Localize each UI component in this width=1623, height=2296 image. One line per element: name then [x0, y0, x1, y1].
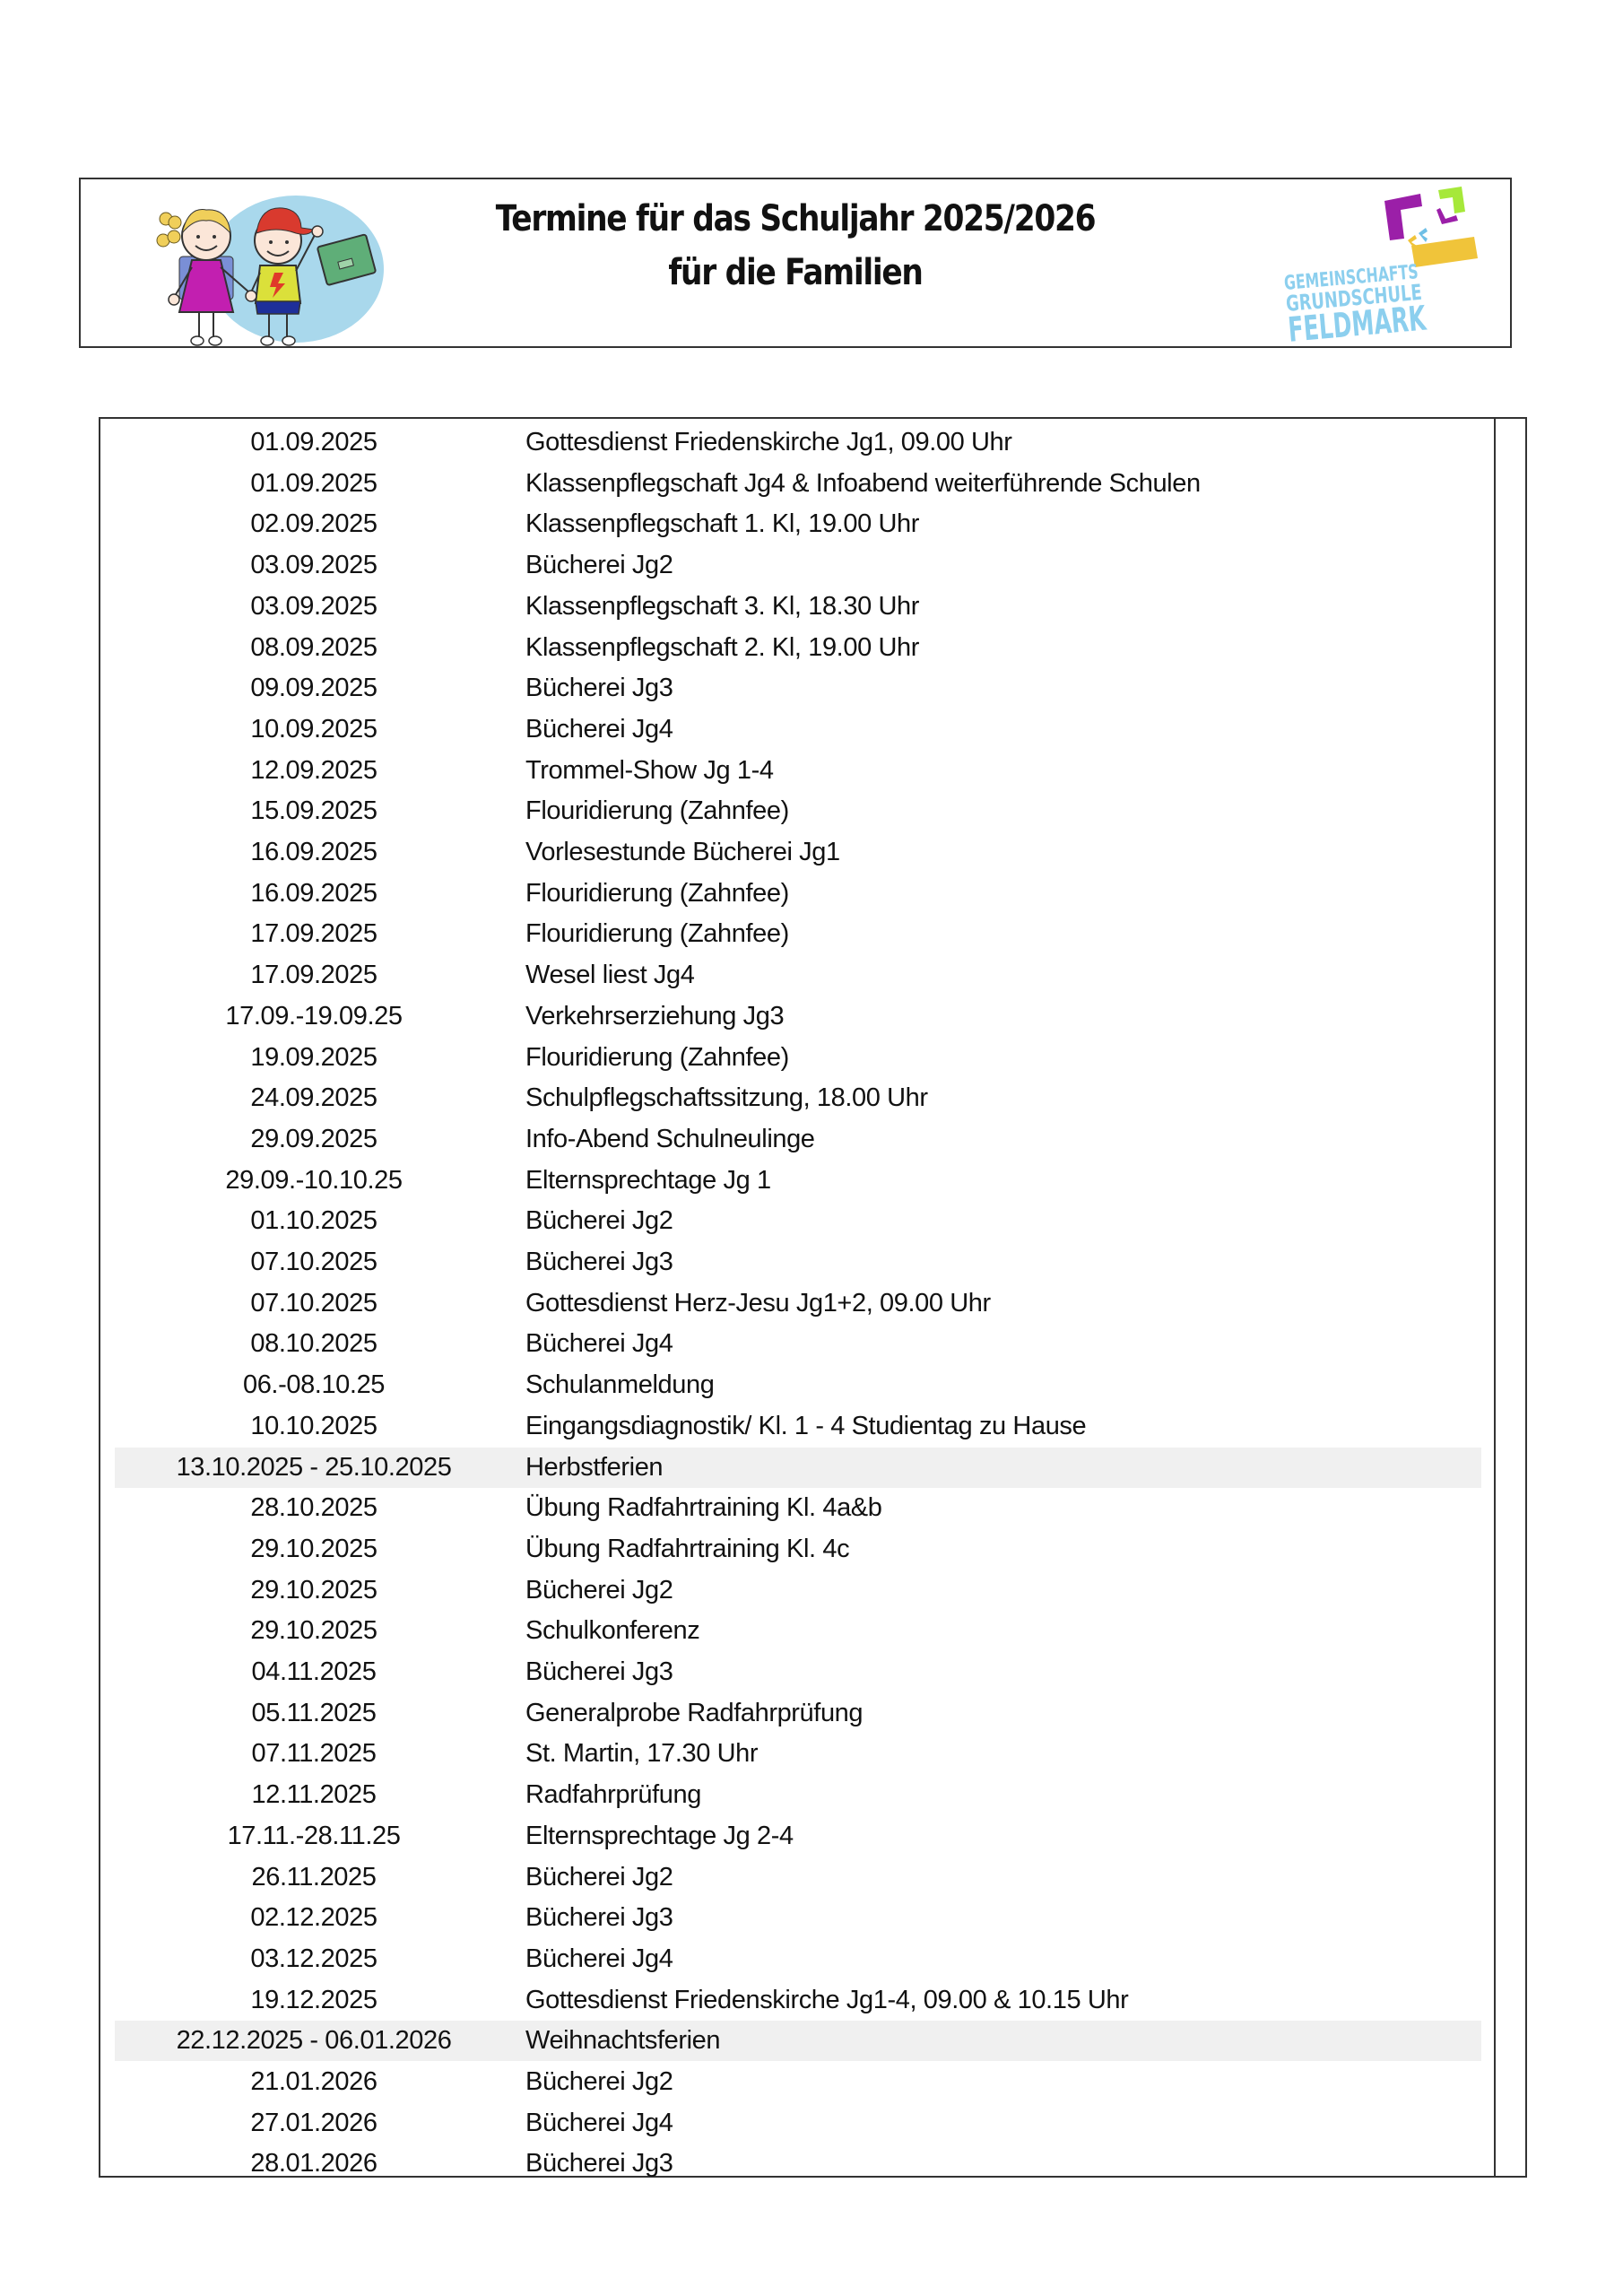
event-description: Bücherei Jg3 [525, 1898, 673, 1938]
event-description: Wesel liest Jg4 [525, 955, 695, 996]
event-date: 12.09.2025 [115, 751, 513, 791]
event-date: 27.01.2026 [115, 2103, 513, 2144]
table-row: 08.09.2025Klassenpflegschaft 2. Kl, 19.0… [115, 628, 1481, 668]
event-date: 02.09.2025 [115, 504, 513, 544]
event-description: Elternsprechtage Jg 2-4 [525, 1816, 794, 1857]
event-date: 07.10.2025 [115, 1283, 513, 1324]
holiday-row: 13.10.2025 - 25.10.2025Herbstferien [115, 1448, 1481, 1488]
event-description: Flouridierung (Zahnfee) [525, 914, 789, 954]
table-row: 03.09.2025Bücherei Jg2 [115, 545, 1481, 586]
table-row: 19.09.2025Flouridierung (Zahnfee) [115, 1038, 1481, 1078]
table-row: 01.09.2025Gottesdienst Friedenskirche Jg… [115, 422, 1481, 463]
event-date: 19.09.2025 [115, 1038, 513, 1078]
table-row: 19.12.2025Gottesdienst Friedenskirche Jg… [115, 1980, 1481, 2021]
event-description: Schulanmeldung [525, 1365, 714, 1405]
table-row: 28.01.2026Bücherei Jg3 [115, 2144, 1481, 2184]
event-description: Flouridierung (Zahnfee) [525, 1038, 789, 1078]
event-description: Bücherei Jg4 [525, 2103, 673, 2144]
page-title: Termine für das Schuljahr 2025/2026 für … [181, 192, 1410, 300]
holiday-row: 22.12.2025 - 06.01.2026Weihnachtsferien [115, 2021, 1481, 2061]
table-column-divider [1494, 419, 1496, 2176]
event-description: Vorlesestunde Bücherei Jg1 [525, 832, 840, 873]
event-description: Bücherei Jg2 [525, 1857, 673, 1898]
table-row: 07.10.2025Bücherei Jg3 [115, 1242, 1481, 1283]
event-date: 02.12.2025 [115, 1898, 513, 1938]
event-description: Übung Radfahrtraining Kl. 4a&b [525, 1488, 881, 1528]
event-description: Klassenpflegschaft 3. Kl, 18.30 Uhr [525, 587, 919, 627]
table-row: 12.09.2025Trommel-Show Jg 1-4 [115, 751, 1481, 791]
event-description: Bücherei Jg3 [525, 2144, 673, 2184]
table-row: 03.09.2025Klassenpflegschaft 3. Kl, 18.3… [115, 587, 1481, 627]
event-description: Bücherei Jg2 [525, 1201, 673, 1241]
table-row: 01.09.2025Klassenpflegschaft Jg4 & Infoa… [115, 464, 1481, 504]
event-description: Gottesdienst Herz-Jesu Jg1+2, 09.00 Uhr [525, 1283, 991, 1324]
event-date: 07.11.2025 [115, 1734, 513, 1774]
schedule-table: 01.09.2025Gottesdienst Friedenskirche Jg… [99, 417, 1527, 2178]
event-date: 26.11.2025 [115, 1857, 513, 1898]
table-row: 07.11.2025St. Martin, 17.30 Uhr [115, 1734, 1481, 1774]
event-description: Flouridierung (Zahnfee) [525, 874, 789, 914]
event-date: 01.09.2025 [115, 464, 513, 504]
event-date: 05.11.2025 [115, 1693, 513, 1734]
event-date: 03.12.2025 [115, 1939, 513, 1979]
event-description: Bücherei Jg2 [525, 2062, 673, 2102]
table-row: 03.12.2025Bücherei Jg4 [115, 1939, 1481, 1979]
event-description: Weihnachtsferien [525, 2021, 720, 2061]
event-description: Gottesdienst Friedenskirche Jg1, 09.00 U… [525, 422, 1012, 463]
event-description: Klassenpflegschaft Jg4 & Infoabend weite… [525, 464, 1201, 504]
event-description: Schulkonferenz [525, 1611, 699, 1651]
event-date: 03.09.2025 [115, 587, 513, 627]
event-date: 13.10.2025 - 25.10.2025 [115, 1448, 513, 1488]
event-date: 15.09.2025 [115, 791, 513, 831]
event-date: 28.01.2026 [115, 2144, 513, 2184]
event-date: 29.09.2025 [115, 1119, 513, 1160]
event-date: 29.09.-10.10.25 [115, 1161, 513, 1201]
event-date: 12.11.2025 [115, 1775, 513, 1815]
table-row: 24.09.2025Schulpflegschaftssitzung, 18.0… [115, 1078, 1481, 1118]
table-row: 02.12.2025Bücherei Jg3 [115, 1898, 1481, 1938]
event-description: Radfahrprüfung [525, 1775, 701, 1815]
event-date: 16.09.2025 [115, 832, 513, 873]
event-description: Bücherei Jg3 [525, 1242, 673, 1283]
event-description: Eingangsdiagnostik/ Kl. 1 - 4 Studientag… [525, 1406, 1086, 1447]
event-date: 21.01.2026 [115, 2062, 513, 2102]
table-row: 08.10.2025Bücherei Jg4 [115, 1324, 1481, 1364]
table-row: 16.09.2025Flouridierung (Zahnfee) [115, 874, 1481, 914]
event-description: Verkehrserziehung Jg3 [525, 996, 784, 1037]
table-row: 10.09.2025Bücherei Jg4 [115, 709, 1481, 750]
event-date: 06.-08.10.25 [115, 1365, 513, 1405]
event-date: 17.09.2025 [115, 914, 513, 954]
event-date: 29.10.2025 [115, 1611, 513, 1651]
document-header: Termine für das Schuljahr 2025/2026 für … [79, 178, 1512, 348]
event-description: Bücherei Jg4 [525, 1939, 673, 1979]
table-row: 04.11.2025Bücherei Jg3 [115, 1652, 1481, 1692]
event-description: Gottesdienst Friedenskirche Jg1-4, 09.00… [525, 1980, 1128, 2021]
table-row: 29.10.2025Bücherei Jg2 [115, 1570, 1481, 1611]
event-description: Klassenpflegschaft 1. Kl, 19.00 Uhr [525, 504, 919, 544]
event-date: 01.09.2025 [115, 422, 513, 463]
event-date: 24.09.2025 [115, 1078, 513, 1118]
event-date: 10.09.2025 [115, 709, 513, 750]
event-date: 28.10.2025 [115, 1488, 513, 1528]
table-row: 27.01.2026Bücherei Jg4 [115, 2103, 1481, 2144]
event-date: 17.11.-28.11.25 [115, 1816, 513, 1857]
table-row: 17.09.2025Flouridierung (Zahnfee) [115, 914, 1481, 954]
event-description: Trommel-Show Jg 1-4 [525, 751, 774, 791]
table-row: 21.01.2026Bücherei Jg2 [115, 2062, 1481, 2102]
table-row: 16.09.2025Vorlesestunde Bücherei Jg1 [115, 832, 1481, 873]
table-row: 26.11.2025Bücherei Jg2 [115, 1857, 1481, 1898]
table-row: 29.10.2025Übung Radfahrtraining Kl. 4c [115, 1529, 1481, 1570]
event-date: 19.12.2025 [115, 1980, 513, 2021]
table-row: 28.10.2025Übung Radfahrtraining Kl. 4a&b [115, 1488, 1481, 1528]
table-row: 29.09.2025Info-Abend Schulneulinge [115, 1119, 1481, 1160]
event-description: Schulpflegschaftssitzung, 18.00 Uhr [525, 1078, 928, 1118]
event-description: Bücherei Jg3 [525, 668, 673, 709]
event-description: Übung Radfahrtraining Kl. 4c [525, 1529, 849, 1570]
table-row: 10.10.2025Eingangsdiagnostik/ Kl. 1 - 4 … [115, 1406, 1481, 1447]
event-date: 03.09.2025 [115, 545, 513, 586]
event-description: Elternsprechtage Jg 1 [525, 1161, 771, 1201]
event-description: Bücherei Jg4 [525, 709, 673, 750]
event-description: Generalprobe Radfahrprüfung [525, 1693, 863, 1734]
event-description: Info-Abend Schulneulinge [525, 1119, 815, 1160]
event-date: 17.09.-19.09.25 [115, 996, 513, 1037]
event-date: 10.10.2025 [115, 1406, 513, 1447]
table-row: 01.10.2025Bücherei Jg2 [115, 1201, 1481, 1241]
event-description: Flouridierung (Zahnfee) [525, 791, 789, 831]
event-description: Bücherei Jg4 [525, 1324, 673, 1364]
table-row: 02.09.2025Klassenpflegschaft 1. Kl, 19.0… [115, 504, 1481, 544]
event-description: Klassenpflegschaft 2. Kl, 19.00 Uhr [525, 628, 919, 668]
table-row: 17.11.-28.11.25Elternsprechtage Jg 2-4 [115, 1816, 1481, 1857]
page-title-line1: Termine für das Schuljahr 2025/2026 [181, 192, 1410, 246]
table-row: 06.-08.10.25Schulanmeldung [115, 1365, 1481, 1405]
event-description: Bücherei Jg2 [525, 1570, 673, 1611]
event-date: 04.11.2025 [115, 1652, 513, 1692]
page-title-line2: für die Familien [181, 246, 1410, 300]
event-description: Bücherei Jg3 [525, 1652, 673, 1692]
event-date: 17.09.2025 [115, 955, 513, 996]
event-date: 08.09.2025 [115, 628, 513, 668]
event-description: Bücherei Jg2 [525, 545, 673, 586]
event-date: 22.12.2025 - 06.01.2026 [115, 2021, 513, 2061]
table-row: 29.10.2025Schulkonferenz [115, 1611, 1481, 1651]
table-row: 05.11.2025Generalprobe Radfahrprüfung [115, 1693, 1481, 1734]
table-row: 17.09.2025Wesel liest Jg4 [115, 955, 1481, 996]
table-row: 15.09.2025Flouridierung (Zahnfee) [115, 791, 1481, 831]
table-row: 17.09.-19.09.25Verkehrserziehung Jg3 [115, 996, 1481, 1037]
event-date: 07.10.2025 [115, 1242, 513, 1283]
event-date: 01.10.2025 [115, 1201, 513, 1241]
table-row: 07.10.2025Gottesdienst Herz-Jesu Jg1+2, … [115, 1283, 1481, 1324]
event-description: Herbstferien [525, 1448, 663, 1488]
event-date: 29.10.2025 [115, 1570, 513, 1611]
event-date: 08.10.2025 [115, 1324, 513, 1364]
event-date: 16.09.2025 [115, 874, 513, 914]
event-description: St. Martin, 17.30 Uhr [525, 1734, 758, 1774]
school-logo-icon: GEMEINSCHAFTS GRUNDSCHULE FELDMARK [1250, 183, 1492, 346]
event-date: 09.09.2025 [115, 668, 513, 709]
table-row: 09.09.2025Bücherei Jg3 [115, 668, 1481, 709]
event-date: 29.10.2025 [115, 1529, 513, 1570]
table-row: 12.11.2025Radfahrprüfung [115, 1775, 1481, 1815]
table-row: 29.09.-10.10.25Elternsprechtage Jg 1 [115, 1161, 1481, 1201]
